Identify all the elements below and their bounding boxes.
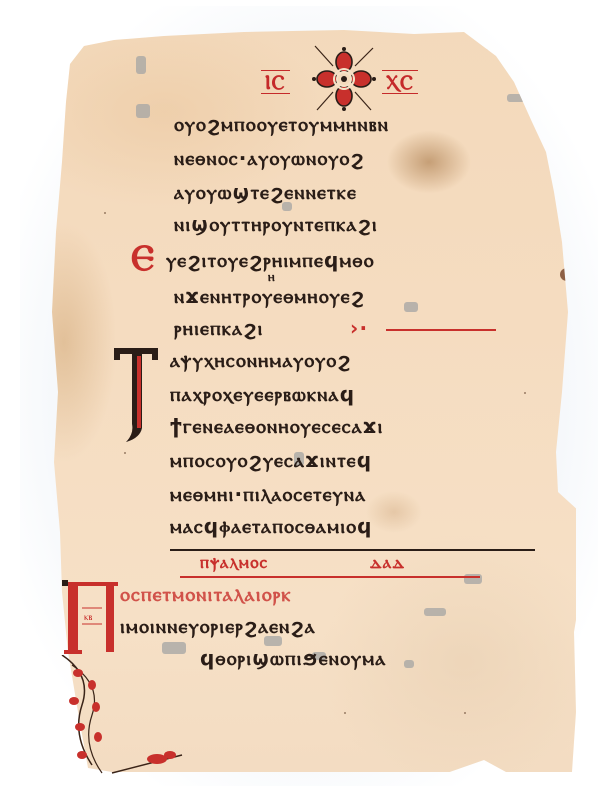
decorated-initial-e: Ⲉ <box>131 240 154 276</box>
header-ornament-row: ⲒⲤ ⲬⲤ <box>255 64 455 114</box>
hole-spot <box>424 608 446 616</box>
speck <box>104 212 106 214</box>
text-line-6: ⲛϫⲉⲛⲏⲧⲣⲟⲩⲉⲑⲙⲏⲟⲩⲉϩ <box>174 284 365 308</box>
text-line-9: ⲡⲁⲭⲣⲟⲭⲉⲩⲉⲉⲣⲃⲱⲕⲛⲁϥ <box>170 382 355 406</box>
red-rule <box>386 329 496 331</box>
speck <box>464 712 466 714</box>
hole-spot <box>404 302 418 312</box>
nomen-sacrum-jesus: ⲒⲤ <box>261 70 290 94</box>
section-divider <box>170 549 535 551</box>
text-line-13: ⲙⲁⲥϥⲫⲁⲉⲧⲁⲡⲟⲥⲑⲁⲙⲓⲟϥ <box>170 514 373 538</box>
rubric-underline <box>180 576 480 578</box>
floral-vine-border-icon <box>52 655 202 775</box>
text-line-8: ⲁⲯⲩⲭⲏⲥⲟⲛⲏⲙⲁⲩⲟⲩⲟϩ <box>170 348 351 372</box>
initial-number: ⲕⲃ <box>84 612 93 623</box>
speck <box>524 392 526 394</box>
text-line-1: ⲟⲩⲟϩⲙⲡⲟⲟⲩⲉⲧⲟⲩⲙⲙⲏⲛⲃⲛ <box>174 112 389 136</box>
nomen-sacrum-christ: ⲬⲤ <box>382 70 418 94</box>
section2-line-2: ϥⲑⲟⲣⲓϣⲱⲡⲓϧⲉⲛⲟⲩⲙⲁ <box>200 646 387 670</box>
text-line-7: ⲣⲏⲓⲉⲡⲕⲁϩⲓ <box>174 316 263 340</box>
hole-spot <box>404 660 414 668</box>
interlace-cross-icon <box>307 42 381 116</box>
speck <box>344 712 346 714</box>
text-line-2: ⲛⲉⲑⲛⲟⲥ·ⲁⲩⲟⲩⲱⲛⲟⲩⲟϩ <box>174 146 365 170</box>
text-line-4: ⲛⲓϣⲟⲩⲧⲧⲏⲣⲟⲩⲛⲧⲉⲡⲕⲁϩⲓ <box>174 212 378 236</box>
text-line-3: ⲁⲩⲟⲩⲱϣⲧⲉϩⲉⲛⲛⲉⲧⲕⲉ <box>174 180 357 204</box>
hole-spot <box>136 56 146 74</box>
hole-spot <box>136 104 150 118</box>
red-separator: ›· <box>350 316 368 340</box>
speck <box>124 452 126 454</box>
text-line-12: ⲙⲉⲑⲙⲏⲓ·ⲡⲓⲗⲁⲟⲥⲉⲧⲉⲩⲛⲁ <box>170 482 366 506</box>
decorated-initial-t <box>112 344 160 444</box>
text-line-11: ⲙⲡⲟⲥⲟⲩⲟϩⲩⲉⲥⲁϫⲓⲛⲧⲉϥ <box>170 448 372 472</box>
rubric-title: ⲡⲯⲁⲗⲙⲟⲥ <box>200 553 268 573</box>
text-line-10: ϯⲅⲉⲛⲉⲁⲉⲑⲟⲛⲏⲟⲩⲉⲥⲉⲥⲁϫⲓ <box>170 414 384 438</box>
hole-spot <box>162 642 186 654</box>
text-line-5: ⲩⲉϩⲓⲧⲟⲩⲉϩⲣⲏⲓⲙⲡⲉϥⲙⲑⲟ <box>166 248 375 272</box>
rubric-author: ⲇⲁⲇ <box>370 553 405 573</box>
decorated-initial-pi: ⲕⲃ <box>62 578 118 658</box>
rubric-incipit: ⲟⲥⲡⲉⲧⲙⲟⲛⲓⲧⲁⲗⲁⲓⲟⲣⲕ <box>120 582 292 606</box>
initial-e-letter: Ⲉ <box>131 237 154 279</box>
superscript-mark: ⲏ <box>268 270 276 285</box>
section2-line-1: ⲓⲙⲟⲓⲛⲛⲉⲩⲟⲣⲓⲉⲣϩⲁⲉⲛϩⲁ <box>120 614 316 638</box>
